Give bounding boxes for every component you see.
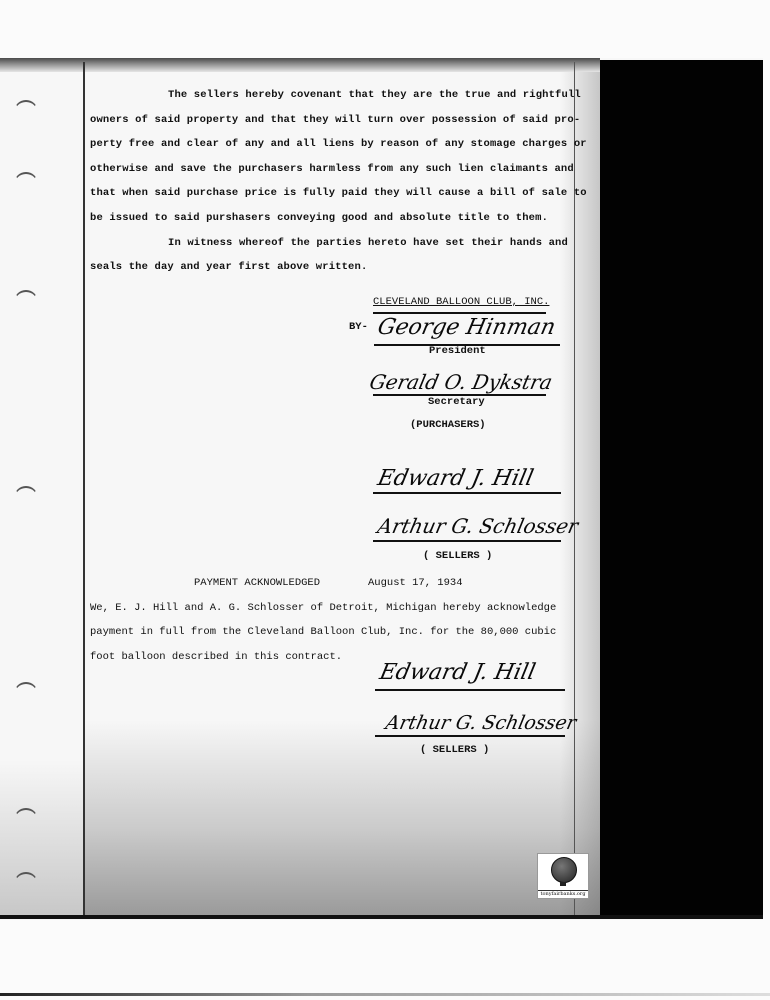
punch-hole-icon [14,486,38,510]
body-line: perty free and clear of any and all lien… [90,132,560,157]
signature-seller-schlosser: Arthur G. Schlosser [375,514,580,538]
signature-line-ack-schlosser [375,735,565,737]
balloon-basket-icon [560,882,566,886]
acknowledgement-line: We, E. J. Hill and A. G. Schlosser of De… [90,602,556,614]
punch-hole-icon [14,808,38,832]
page-bottom-shadow [0,993,770,996]
scan-bottom-edge [0,915,763,919]
acknowledgement-heading: PAYMENT ACKNOWLEDGED [194,577,320,589]
signature-ack-hill: Edward J. Hill [377,660,537,685]
scan-grain-left [0,760,84,918]
body-line: In witness whereof the parties hereto ha… [90,231,560,256]
signature-secretary: Gerald O. Dykstra [367,370,554,394]
watermark-text: tonyfairbanks.org [538,890,588,897]
body-line: seals the day and year first above writt… [90,255,560,280]
by-label: BY- [349,321,368,333]
body-line: The sellers hereby covenant that they ar… [90,83,560,108]
punch-hole-icon [14,290,38,314]
scan-top-edge [0,58,600,72]
body-line: owners of said property and that they wi… [90,108,560,133]
body-line: be issued to said purshasers conveying g… [90,206,560,231]
organization-name: CLEVELAND BALLOON CLUB, INC. [373,296,549,308]
body-line: otherwise and save the purchasers harmle… [90,157,560,182]
acknowledgement-line: payment in full from the Cleveland Ballo… [90,626,556,638]
organization-underline [373,312,546,314]
sellers-label: ( SELLERS ) [423,550,492,562]
signature-line-ack-hill [375,689,565,691]
scan-grain-bottom [84,720,600,918]
hot-air-balloon-icon [551,857,577,883]
body-line: that when said purchase price is fully p… [90,181,560,206]
ack-sellers-label: ( SELLERS ) [420,744,489,756]
punch-hole-icon [14,172,38,196]
acknowledgement-line: foot balloon described in this contract. [90,651,342,663]
scan-dark-margin [600,60,763,918]
signature-president: George Hinman [375,315,557,340]
title-secretary: Secretary [428,396,485,408]
contract-body: The sellers hereby covenant that they ar… [90,83,560,280]
signature-line-seller-hill [373,492,561,494]
title-president: President [429,345,486,357]
punch-hole-icon [14,100,38,124]
signature-line-seller-schlosser [373,540,561,542]
signature-seller-hill: Edward J. Hill [375,466,535,491]
punch-hole-icon [14,872,38,896]
left-margin-rule [83,62,85,918]
purchasers-label: (PURCHASERS) [410,419,486,431]
acknowledgement-date: August 17, 1934 [368,577,463,589]
watermark-logo: tonyfairbanks.org [537,853,589,899]
punch-hole-icon [14,682,38,706]
signature-ack-schlosser: Arthur G. Schlosser [384,712,579,734]
